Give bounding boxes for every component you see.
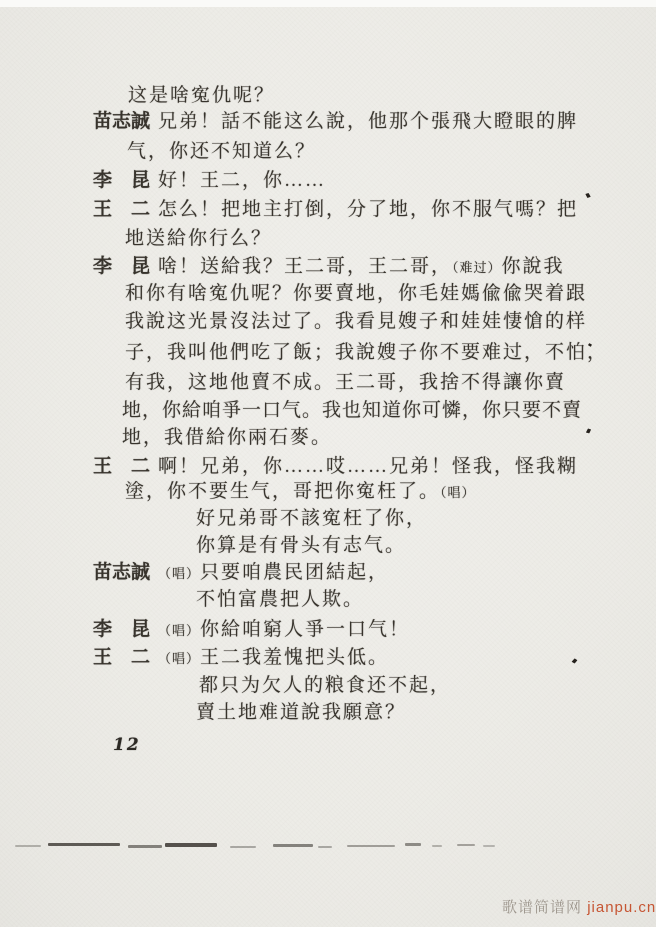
- stage-direction: （唱）: [440, 485, 476, 500]
- script-line: 子，我叫他們吃了飯；我說嫂子你不要难过，不怕，: [125, 342, 608, 364]
- line-text: 你算是有骨头有志气。: [196, 535, 406, 556]
- script-line: 地，我借給你兩石麥。: [122, 427, 332, 449]
- line-text: 子，我叫他們吃了飯；我說嫂子你不要难过，不怕，: [125, 342, 608, 363]
- script-line: 王 二啊！兄弟，你……哎……兄弟！怪我，怪我糊: [93, 456, 578, 478]
- script-line: 苗志誠兄弟！話不能这么說，他那个張飛大瞪眼的脾: [93, 111, 578, 133]
- line-text: 你說我: [502, 256, 565, 277]
- script-line: 地，你給咱爭一口气。我也知道你可憐，你只要不賣: [122, 400, 582, 422]
- line-text: 好兄弟哥不該寃枉了你，: [196, 508, 427, 529]
- stage-direction: （唱）: [158, 566, 200, 581]
- line-text: 賣土地难道說我願意？: [196, 702, 406, 723]
- page-number: 12: [113, 735, 141, 755]
- script-line: 賣土地难道說我願意？: [196, 702, 406, 724]
- stage-direction: （难过）: [452, 260, 502, 275]
- script-line: 地送給你行么？: [125, 228, 272, 250]
- line-text: 有我，这地他賣不成。王二哥，我捨不得讓你賣: [125, 372, 566, 393]
- script-line: 你算是有骨头有志气。: [196, 535, 406, 557]
- script-line: 塗，你不要生气，哥把你寃枉了。（唱）: [125, 481, 476, 504]
- speaker-name: 苗志誠: [93, 111, 158, 133]
- speaker-name: 李 昆: [93, 619, 158, 641]
- watermark-domain: jianpu.cn: [587, 899, 656, 916]
- stage-direction: （唱）: [158, 623, 200, 638]
- script-line: 都只为欠人的粮食还不起，: [199, 675, 451, 697]
- speaker-name: 苗志誠: [93, 562, 158, 584]
- script-line: 王 二怎么！把地主打倒，分了地，你不服气嗎？把: [93, 199, 578, 221]
- script-line: 李 昆好！王二，你……: [93, 170, 326, 192]
- line-text: 地送給你行么？: [125, 228, 272, 249]
- line-text: 王二我羞愧把头低。: [200, 647, 389, 668]
- line-text: 啊！兄弟，你……哎……兄弟！怪我，怪我糊: [158, 456, 578, 477]
- speaker-name: 王 二: [93, 199, 158, 221]
- ink-speck: [585, 427, 593, 434]
- watermark-site-name: 歌谱简谱网: [502, 899, 582, 916]
- speaker-name: 李 昆: [93, 256, 158, 278]
- script-line: 有我，这地他賣不成。王二哥，我捨不得讓你賣: [125, 372, 566, 394]
- watermark: 歌谱简谱网 jianpu.cn: [502, 896, 656, 917]
- speaker-name: 李 昆: [93, 170, 158, 192]
- stage-direction: （唱）: [158, 651, 200, 666]
- line-text: 怎么！把地主打倒，分了地，你不服气嗎？把: [158, 199, 578, 220]
- speaker-name: 王 二: [93, 647, 158, 669]
- line-text: 和你有啥寃仇呢？你要賣地，你毛娃媽偸偸哭着跟: [125, 283, 587, 304]
- line-text: 气，你还不知道么？: [127, 141, 316, 162]
- script-line: 王 二（唱）王二我羞愧把头低。: [93, 647, 389, 670]
- script-line: 李 昆啥！送給我？王二哥，王二哥，（难过）你說我: [93, 256, 565, 279]
- script-line: 苗志誠（唱）只要咱農民团結起，: [93, 562, 389, 585]
- script-line: 气，你还不知道么？: [127, 141, 316, 163]
- speaker-name: 王 二: [93, 456, 158, 478]
- ink-speck: [584, 192, 591, 199]
- script-line: 李 昆（唱）你給咱窮人爭一口气！: [93, 619, 410, 642]
- script-line: 这是啥寃仇呢？: [128, 85, 275, 107]
- line-text: 啥！送給我？王二哥，王二哥，: [158, 256, 452, 277]
- script-line: 好兄弟哥不該寃枉了你，: [196, 508, 427, 530]
- line-text: 塗，你不要生气，哥把你寃枉了。: [125, 481, 440, 502]
- scanned-script-page: 这是啥寃仇呢？ 苗志誠兄弟！話不能这么說，他那个張飛大瞪眼的脾 气，你还不知道么…: [0, 0, 656, 927]
- line-text: 只要咱農民团結起，: [200, 562, 389, 583]
- ink-speck: [571, 658, 578, 664]
- line-text: 地，我借給你兩石麥。: [122, 427, 332, 448]
- line-text: 我說这光景沒法过了。我看見嫂子和娃娃悽愴的样: [125, 311, 587, 332]
- script-line: 和你有啥寃仇呢？你要賣地，你毛娃媽偸偸哭着跟: [125, 283, 587, 305]
- line-text: 都只为欠人的粮食还不起，: [199, 675, 451, 696]
- script-line: 不怕富農把人欺。: [196, 589, 364, 611]
- line-text: 不怕富農把人欺。: [196, 589, 364, 610]
- line-text: 你給咱窮人爭一口气！: [200, 619, 410, 640]
- script-line: 我說这光景沒法过了。我看見嫂子和娃娃悽愴的样: [125, 311, 587, 333]
- scan-top-edge: [0, 0, 656, 7]
- line-text: 地，你給咱爭一口气。我也知道你可憐，你只要不賣: [122, 400, 582, 421]
- line-text: 好！王二，你……: [158, 170, 326, 191]
- line-text: 这是啥寃仇呢？: [128, 85, 275, 106]
- line-text: 兄弟！話不能这么說，他那个張飛大瞪眼的脾: [158, 111, 578, 132]
